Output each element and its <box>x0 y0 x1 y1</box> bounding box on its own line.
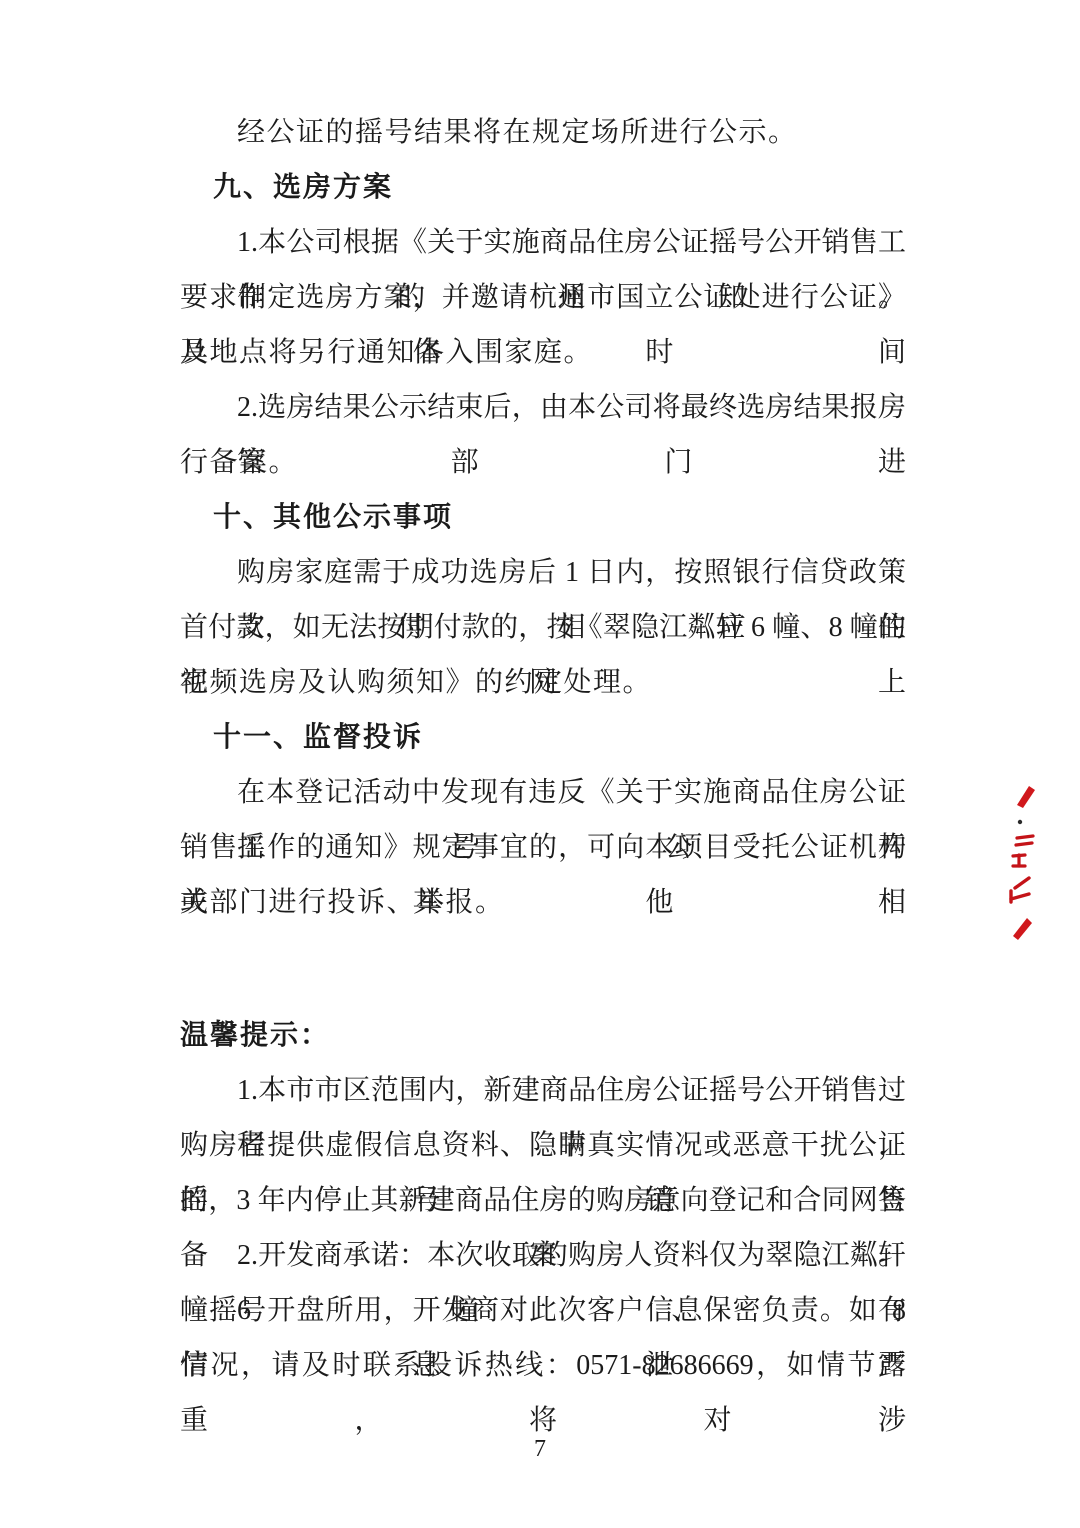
text-line: 购房者提供虚假信息资料、隐瞒真实情况或恶意干扰公证摇号销售 <box>180 1118 906 1173</box>
text-line: 2.开发商承诺：本次收取的购房人资料仅为翠隐江粼轩 6 幢、8 <box>180 1228 906 1283</box>
text-line: 在本登记活动中发现有违反《关于实施商品住房公证摇号公开 <box>180 765 906 820</box>
text-line: 2.选房结果公示结束后，由本公司将最终选房结果报房管部门进 <box>180 380 906 435</box>
red-diagonal-stroke-top <box>1017 786 1035 808</box>
document-body: 经公证的摇号结果将在规定场所进行公示。 九、选房方案 1.本公司根据《关于实施商… <box>180 105 906 1393</box>
text-line: 经公证的摇号结果将在规定场所进行公示。 <box>180 105 906 160</box>
red-diagonal-stroke-bottom <box>1013 918 1032 940</box>
section-heading-11: 十一、监督投诉 <box>180 710 906 765</box>
text-line: 1.本市市区范围内，新建商品住房公证摇号公开销售过程中， <box>180 1063 906 1118</box>
text-line: 幢摇号开盘所用，开发商对此次客户信息保密负责。如有信息泄露 <box>180 1283 906 1338</box>
section-heading-9: 九、选房方案 <box>180 160 906 215</box>
text-line: 情况，请及时联系投诉热线：0571-82686669，如情节严重，将对涉 <box>180 1338 906 1393</box>
red-check-stroke <box>1011 878 1029 902</box>
text-line: 销售工作的通知》规定事宜的，可向本项目受托公证机构或其他相 <box>180 820 906 875</box>
page-number: 7 <box>0 1436 1080 1463</box>
document-page: 经公证的摇号结果将在规定场所进行公示。 九、选房方案 1.本公司根据《关于实施商… <box>0 0 1080 1528</box>
text-line: 要求制定选房方案，并邀请杭州市国立公证处进行公证。具体时间 <box>180 270 906 325</box>
red-margin-marks <box>995 778 1050 948</box>
section-gap <box>180 930 906 1008</box>
small-dot <box>1018 820 1022 824</box>
text-line: 1.本公司根据《关于实施商品住房公证摇号公开销售工作的通知》 <box>180 215 906 270</box>
text-line: 首付款，如无法按期付款的，按《翠隐江粼轩 6 幢、8 幢住宅网上 <box>180 600 906 655</box>
tips-heading: 温馨提示： <box>180 1008 906 1063</box>
section-heading-10: 十、其他公示事项 <box>180 490 906 545</box>
text-line: 的，3 年内停止其新建商品住房的购房意向登记和合同网签备案。 <box>180 1173 906 1228</box>
red-double-bar-stroke <box>1013 836 1033 866</box>
text-line: 购房家庭需于成功选房后 1 日内，按照银行信贷政策支付相应的 <box>180 545 906 600</box>
